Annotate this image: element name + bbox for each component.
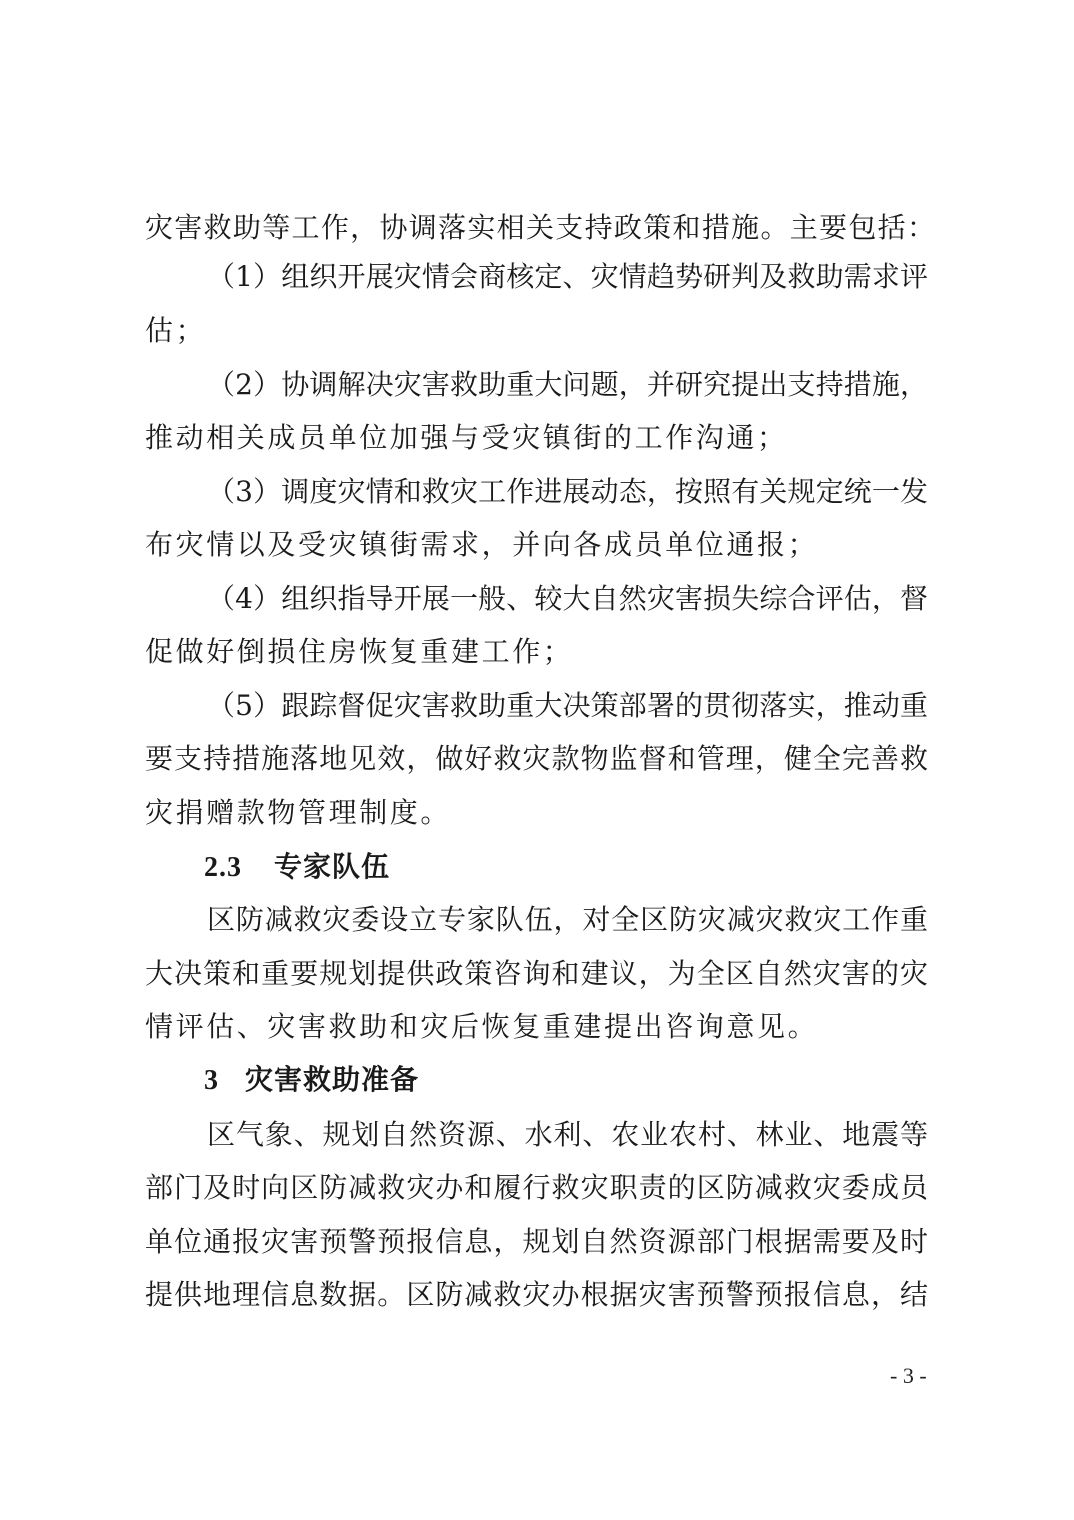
paragraph-line: 情评估、灾害救助和灾后恢复重建提出咨询意见。 (145, 1007, 935, 1047)
paragraph-line: 部门及时向区防减救灾办和履行救灾职责的区防减救灾委成员 (145, 1168, 928, 1208)
section-heading-2-3: 2.3专家队伍 (204, 847, 994, 887)
list-item-3-line: 布灾情以及受灾镇街需求，并向各成员单位通报； (145, 525, 935, 565)
list-item-5-line: 灾捐赠款物管理制度。 (145, 793, 935, 833)
list-item-1-line: 估； (145, 311, 935, 351)
list-item-3-line: （3）调度灾情和救灾工作进展动态，按照有关规定统一发 (207, 472, 928, 512)
paragraph-line: 区防减救灾委设立专家队伍，对全区防灾减灾救灾工作重 (207, 900, 928, 940)
document-page: 灾害救助等工作，协调落实相关支持政策和措施。主要包括： （1）组织开展灾情会商核… (0, 0, 1074, 1520)
paragraph-line: 大决策和重要规划提供政策咨询和建议，为全区自然灾害的灾 (145, 954, 928, 994)
page-number: - 3 - (890, 1363, 927, 1389)
list-item-4-line: （4）组织指导开展一般、较大自然灾害损失综合评估，督 (207, 579, 928, 619)
section-number: 3 (204, 1065, 219, 1096)
section-title: 灾害救助准备 (245, 1063, 419, 1096)
section-title: 专家队伍 (274, 850, 390, 883)
list-item-2-line: （2）协调解决灾害救助重大问题，并研究提出支持措施， (207, 365, 928, 405)
paragraph-line: 提供地理信息数据。区防减救灾办根据灾害预警预报信息，结 (145, 1275, 928, 1315)
list-item-1-line: （1）组织开展灾情会商核定、灾情趋势研判及救助需求评 (207, 257, 928, 297)
paragraph-line: 区气象、规划自然资源、水利、农业农村、林业、地震等 (207, 1115, 928, 1155)
list-item-5-line: （5）跟踪督促灾害救助重大决策部署的贯彻落实，推动重 (207, 686, 928, 726)
section-number: 2.3 (204, 852, 242, 883)
section-heading-3: 3灾害救助准备 (204, 1060, 994, 1100)
list-item-5-line: 要支持措施落地见效，做好救灾款物监督和管理，健全完善救 (145, 739, 928, 779)
paragraph-line: 灾害救助等工作，协调落实相关支持政策和措施。主要包括： (145, 208, 935, 248)
list-item-2-line: 推动相关成员单位加强与受灾镇街的工作沟通； (145, 418, 935, 458)
paragraph-line: 单位通报灾害预警预报信息，规划自然资源部门根据需要及时 (145, 1222, 928, 1262)
list-item-4-line: 促做好倒损住房恢复重建工作； (145, 632, 935, 672)
